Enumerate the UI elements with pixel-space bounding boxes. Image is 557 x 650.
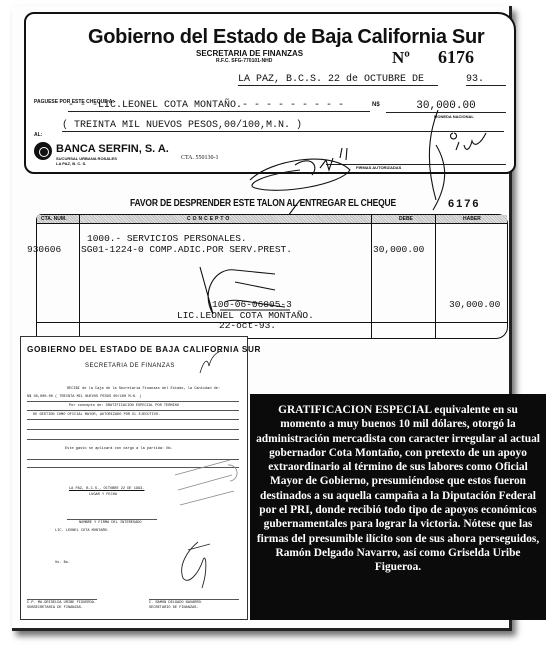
receipt-concept-1: Por concepto de: GRATIFICACION ESPECIAL … [69, 404, 179, 408]
receipt-place-date-label: LUGAR Y FECHA [89, 493, 117, 497]
receipt: GOBIERNO DEL ESTADO DE BAJA CALIFORNIA S… [20, 336, 248, 620]
stub-header: FAVOR DE DESPRENDER ESTE TALON AL ENTREG… [130, 198, 396, 209]
receipt-intro: RECIBI de la Caja de la Secretaria Finan… [67, 387, 220, 391]
currency-label: N$ [372, 102, 380, 108]
stub-table-header: CTA. NUM. CONCEPTO DEBE HABER [37, 215, 507, 224]
concepto-line: 100-06-06005-3 [212, 299, 292, 310]
bank-branch-line-2: LA PAZ, B. C. S. [56, 161, 117, 166]
col-cta: CTA. NUM. [41, 215, 66, 223]
account-number: CTA. 550130-1 [181, 155, 219, 161]
left-official-title: SUBSECRETARIA DE FINANZAS. [27, 606, 83, 610]
payee: - - -LIC.LEONEL COTA MONTAÑO.- - - - - -… [68, 100, 370, 112]
column-divider [371, 215, 372, 338]
stub-number: 6176 [448, 198, 480, 210]
receipt-title: GOBIERNO DEL ESTADO DE BAJA CALIFORNIA S… [27, 345, 261, 354]
cta-num: 930606 [27, 244, 61, 255]
stub-table: CTA. NUM. CONCEPTO DEBE HABER 1000.- SER… [36, 214, 508, 339]
cheque-amount: 30,000.00 [386, 100, 506, 113]
left-official: C.P. MA.GRISELDA URIBE FIGUEROA. [27, 601, 96, 605]
bank-logo-icon [34, 142, 52, 160]
to-label: AL: [34, 132, 42, 138]
currency-note: MONEDA NACIONAL [434, 114, 474, 119]
cheque-year: 93. [466, 74, 506, 86]
column-divider [79, 215, 80, 338]
cheque-date: LA PAZ, B.C.S. 22 de OCTUBRE DE [238, 74, 438, 86]
col-concepto: CONCEPTO [187, 215, 231, 223]
receipt-concept-2: DE GESTION COMO OFICIAL MAYOR, AUTORIZAD… [33, 413, 160, 417]
cheque-title: Gobierno del Estado de Baja California S… [88, 26, 484, 49]
signature-line [326, 164, 506, 165]
cheque-secretaria: SECRETARIA DE FINANZAS [196, 49, 303, 58]
bank-name: BANCA SERFIN, S. A. [56, 143, 169, 155]
right-official: C. RAMON DELGADO NAVARRO. [149, 601, 203, 605]
col-haber: HABER [463, 215, 481, 223]
cheque-number: 6176 [438, 47, 474, 68]
debe-amount: 30,000.00 [373, 244, 424, 255]
receipt-place-date: LA PAZ, B.C.S., OCTUBRE 22 DE 1993. [69, 487, 144, 491]
concepto-line: 1000.- SERVICIOS PERSONALES. [87, 233, 247, 244]
right-official-title: SECRETARIO DE FINANZAS. [149, 606, 199, 610]
concepto-line: 22-oct-93. [219, 320, 276, 331]
col-debe: DEBE [399, 215, 413, 223]
concepto-line: SG01-1224-0 COMP.ADIC.POR SERV.PREST. [81, 244, 292, 255]
signature-label: FIRMAS AUTORIZADAS [356, 165, 401, 170]
cheque-rfc: R.F.C. SFG-770101-NHD [216, 58, 272, 64]
amount-in-words: ( TREINTA MIL NUEVOS PESOS,00/100,M.N. ) [62, 120, 504, 132]
cheque-number-label: Nº [392, 48, 410, 68]
caption-lead: GRATIFICACION ESPECIAL [278, 404, 431, 416]
receipt-secretaria: SECRETARIA DE FINANZAS [85, 363, 175, 369]
receipt-charge-line: Este gasto se aplicará con cargo a la pa… [65, 447, 173, 451]
caption-text: equivalente en su momento a muy buenos 1… [256, 404, 540, 573]
receipt-signer: LIC. LEONEL COTA MONTAÑO. [55, 529, 109, 533]
cheque: Gobierno del Estado de Baja California S… [24, 12, 516, 174]
receipt-amount: N$ 30,000.00 ( TREINTA MIL NUEVOS PESOS … [27, 395, 141, 399]
column-divider [435, 215, 436, 338]
bank-branch: SUCURSAL URBANA ROSALES LA PAZ, B. C. S. [56, 156, 117, 166]
caption-box: GRATIFICACION ESPECIAL equivalente en su… [250, 394, 546, 620]
haber-amount: 30,000.00 [449, 299, 500, 310]
receipt-vobo: Vo. Bo. [55, 561, 70, 565]
receipt-signer-label: NOMBRE Y FIRMA DEL INTERESADO [79, 521, 142, 525]
